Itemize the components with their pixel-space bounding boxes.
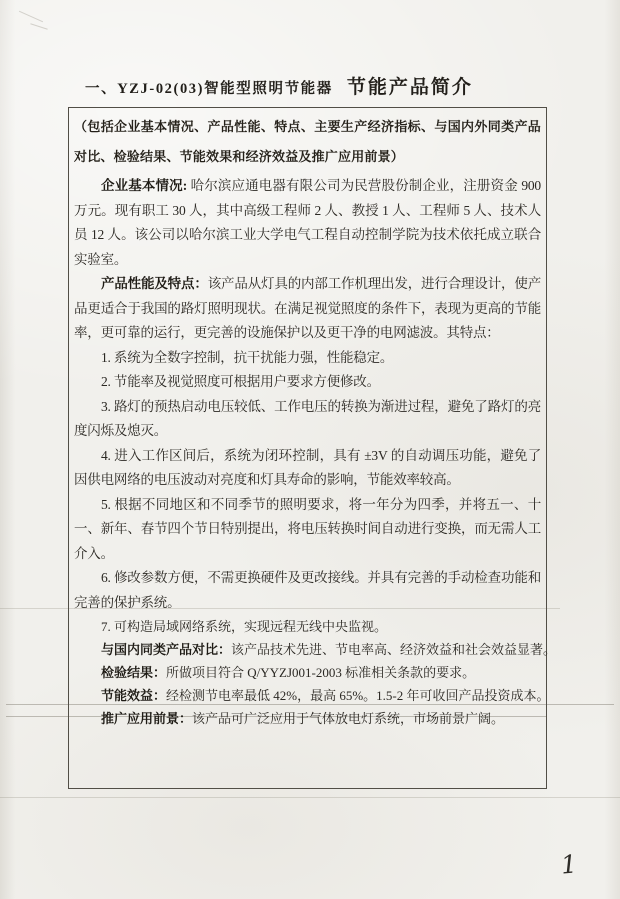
scanned-page: 一、YZJ-02(03)智能型照明节能器节能产品简介 （包括企业基本情况、产品性… — [0, 0, 620, 899]
paragraph-product-features: 产品性能及特点：该产品从灯具的内部工作机理出发，进行合理设计，使产品更适合于我国… — [74, 272, 541, 346]
paragraph-text: 5. 根据不同地区和不同季节的照明要求，将一年分为四季，并将五一、十一、新年、春… — [74, 497, 541, 561]
paragraph-label: 推广应用前景： — [101, 711, 192, 726]
paragraph-text: 该产品技术先进、节电率高、经济效益和社会效益显著。 — [231, 642, 556, 657]
scan-artifact-line — [0, 797, 620, 798]
paragraph-text: 该产品可广泛应用于气体放电灯系统，市场前景广阔。 — [192, 711, 504, 726]
scope-note: （包括企业基本情况、产品性能、特点、主要生产经济指标、与国内外同类产品对比、检验… — [74, 112, 541, 172]
title-main: 节能产品简介 — [347, 77, 473, 98]
paragraph-text: 所做项目符合 Q/YYZJ001-2003 标准相关条款的要求。 — [166, 665, 475, 680]
paragraph-energy-saving-benefit: 节能效益：经检测节电率最低 42%，最高 65%。1.5-2 年可收回产品投资成… — [74, 684, 541, 707]
paragraph-text: 1. 系统为全数字控制，抗干扰能力强，性能稳定。 — [101, 350, 393, 365]
paragraph-text: 经检测节电率最低 42%，最高 65%。1.5-2 年可收回产品投资成本。 — [166, 688, 550, 703]
page-title: 一、YZJ-02(03)智能型照明节能器节能产品简介 — [85, 72, 473, 99]
paragraph-domestic-comparison: 与国内同类产品对比：该产品技术先进、节电率高、经济效益和社会效益显著。 — [74, 638, 541, 661]
feature-item-1: 1. 系统为全数字控制，抗干扰能力强，性能稳定。 — [74, 346, 541, 371]
feature-item-3: 3. 路灯的预热启动电压较低、工作电压的转换为渐进过程，避免了路灯的亮度闪烁及熄… — [74, 395, 541, 444]
paragraph-application-prospect: 推广应用前景：该产品可广泛应用于气体放电灯系统，市场前景广阔。 — [74, 707, 541, 730]
paragraph-text: 4. 进入工作区间后，系统为闭环控制，具有 ±3V 的自动调压功能，避免了因供电… — [74, 448, 541, 488]
scan-artifact-scratch — [19, 11, 43, 22]
feature-item-5: 5. 根据不同地区和不同季节的照明要求，将一年分为四季，并将五一、十一、新年、春… — [74, 493, 541, 567]
feature-item-6: 6. 修改参数方便，不需更换硬件及更改接线。并具有完善的手动检查功能和完善的保护… — [74, 566, 541, 615]
scan-artifact-scratch — [30, 23, 47, 30]
title-prefix: 一、YZJ-02(03)智能型照明节能器 — [85, 81, 333, 97]
feature-item-7: 7. 可构造局域网络系统，实现远程无线中央监视。 — [74, 615, 541, 638]
feature-item-4: 4. 进入工作区间后，系统为闭环控制，具有 ±3V 的自动调压功能，避免了因供电… — [74, 444, 541, 493]
paragraph-label: 企业基本情况: — [101, 178, 191, 193]
page-number: 1 — [560, 849, 578, 879]
paragraph-label: 与国内同类产品对比： — [101, 642, 231, 657]
paragraph-label: 产品性能及特点： — [101, 276, 208, 291]
paragraph-text: 3. 路灯的预热启动电压较低、工作电压的转换为渐进过程，避免了路灯的亮度闪烁及熄… — [74, 399, 541, 439]
paragraph-text: 2. 节能率及视觉照度可根据用户要求方便修改。 — [101, 374, 380, 389]
paragraph-label: 检验结果： — [101, 665, 166, 680]
paragraph-text: 7. 可构造局域网络系统，实现远程无线中央监视。 — [101, 619, 387, 634]
feature-item-2: 2. 节能率及视觉照度可根据用户要求方便修改。 — [74, 370, 541, 395]
content-box: （包括企业基本情况、产品性能、特点、主要生产经济指标、与国内外同类产品对比、检验… — [68, 107, 547, 789]
paragraph-label: 节能效益： — [101, 688, 166, 703]
paragraph-inspection-result: 检验结果：所做项目符合 Q/YYZJ001-2003 标准相关条款的要求。 — [74, 661, 541, 684]
paragraph-company-profile: 企业基本情况: 哈尔滨应通电器有限公司为民营股份制企业，注册资金 900 万元。… — [74, 174, 541, 272]
paragraph-text: 6. 修改参数方便，不需更换硬件及更改接线。并具有完善的手动检查功能和完善的保护… — [74, 570, 541, 610]
